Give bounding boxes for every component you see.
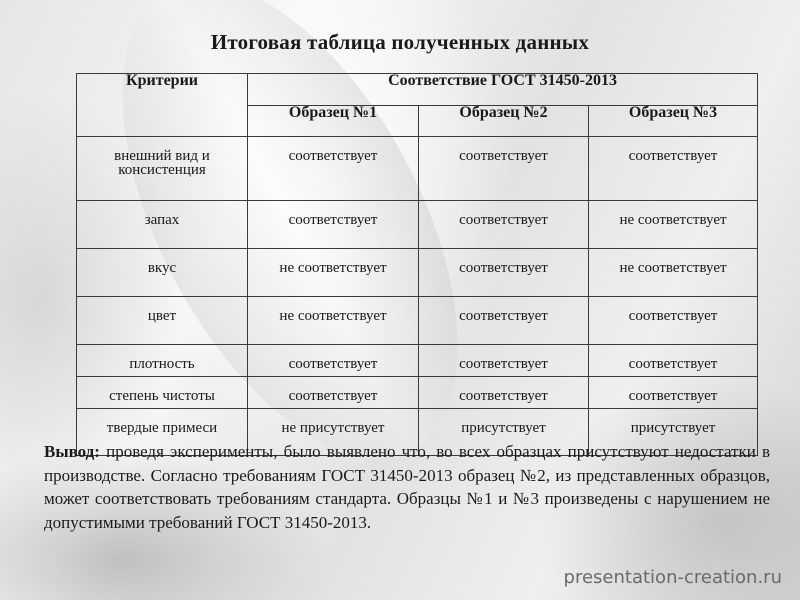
value-cell: соответствует: [589, 297, 758, 345]
gost-header: Соответствие ГОСТ 31450-2013: [248, 74, 758, 106]
criterion-cell: внешний вид и консистенция: [77, 137, 248, 201]
value-cell: соответствует: [248, 345, 419, 377]
table-row: плотность соответствует соответствует со…: [77, 345, 758, 377]
table-row: запах соответствует соответствует не соо…: [77, 201, 758, 249]
value-cell: соответствует: [589, 137, 758, 201]
value-cell: соответствует: [419, 201, 589, 249]
conclusion-label: Вывод:: [44, 442, 100, 461]
value-cell: соответствует: [419, 345, 589, 377]
value-cell: соответствует: [589, 345, 758, 377]
results-table: Критерии Соответствие ГОСТ 31450-2013 Об…: [76, 73, 758, 456]
value-cell: не соответствует: [248, 297, 419, 345]
value-cell: соответствует: [419, 377, 589, 409]
slide-title: Итоговая таблица полученных данных: [0, 30, 800, 55]
table-row: цвет не соответствует соответствует соот…: [77, 297, 758, 345]
watermark: presentation-creation.ru: [564, 567, 782, 588]
value-cell: не соответствует: [248, 249, 419, 297]
sample-3-header: Образец №3: [589, 105, 758, 137]
value-cell: соответствует: [248, 201, 419, 249]
sample-2-header: Образец №2: [419, 105, 589, 137]
table-row: вкус не соответствует соответствует не с…: [77, 249, 758, 297]
value-cell: соответствует: [589, 377, 758, 409]
criterion-cell: степень чистоты: [77, 377, 248, 409]
conclusion-text: проведя эксперименты, было выявлено что,…: [44, 442, 770, 532]
table-row: степень чистоты соответствует соответств…: [77, 377, 758, 409]
criterion-cell: запах: [77, 201, 248, 249]
conclusion-paragraph: Вывод: проведя эксперименты, было выявле…: [44, 440, 770, 534]
value-cell: соответствует: [248, 377, 419, 409]
criterion-cell: вкус: [77, 249, 248, 297]
criterion-cell: плотность: [77, 345, 248, 377]
value-cell: не соответствует: [589, 249, 758, 297]
sample-1-header: Образец №1: [248, 105, 419, 137]
criterion-cell: цвет: [77, 297, 248, 345]
value-cell: соответствует: [248, 137, 419, 201]
value-cell: не соответствует: [589, 201, 758, 249]
value-cell: соответствует: [419, 137, 589, 201]
value-cell: соответствует: [419, 297, 589, 345]
value-cell: соответствует: [419, 249, 589, 297]
table-row: внешний вид и консистенция соответствует…: [77, 137, 758, 201]
criteria-header: Критерии: [77, 74, 248, 137]
